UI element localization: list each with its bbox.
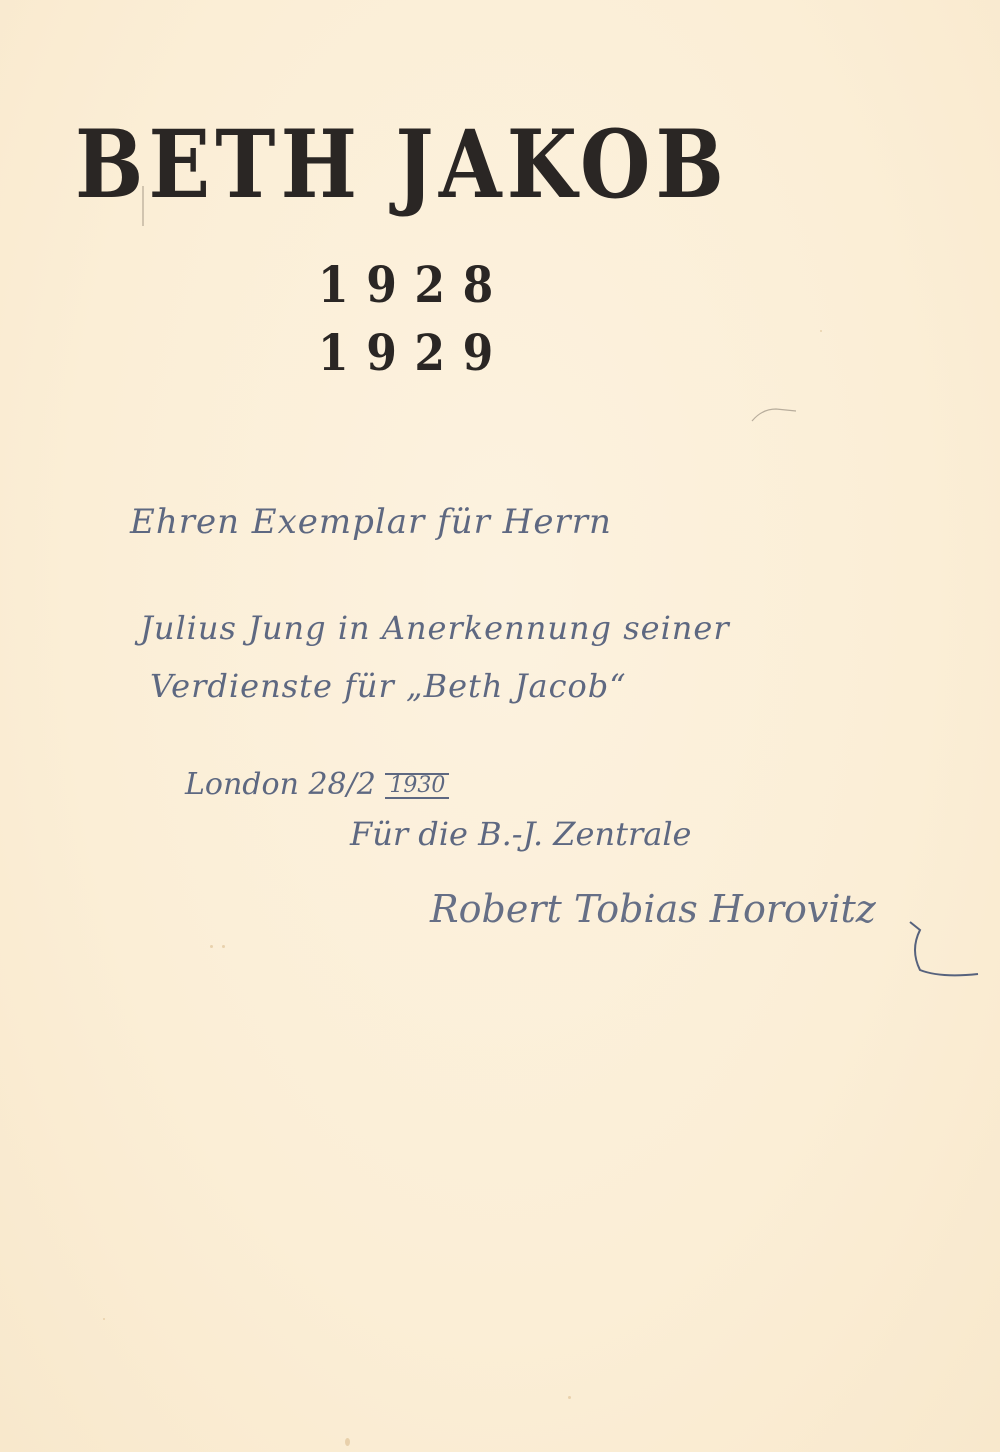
paper-speck <box>568 1396 571 1399</box>
inscription-year: 1930 <box>385 773 449 799</box>
year-start: 1928 <box>318 260 529 310</box>
year-end: 1929 <box>318 328 529 378</box>
book-title: BETH JAKOB <box>75 118 694 212</box>
inscription-line-2: Julius Jung in Anerkennung seiner <box>140 612 730 644</box>
pencil-smudge <box>750 405 800 425</box>
paper-speck <box>103 1318 105 1320</box>
inscription-place-date: London 28/2 1930 <box>185 770 449 800</box>
inscription-line-3: Verdienste für „Beth Jacob“ <box>150 670 627 702</box>
paper-speck <box>222 945 225 948</box>
inscription-for-line: Für die B.-J. Zentrale <box>350 818 691 850</box>
inscription-signature: Robert Tobias Horovitz <box>430 890 876 928</box>
inscription-place: London <box>185 767 299 802</box>
book-page: BETH JAKOB 1928 1929 Ehren Exemplar für … <box>0 0 1000 1452</box>
inscription-day-month: 28/2 <box>308 767 375 802</box>
inscription-line-1: Ehren Exemplar für Herrn <box>130 505 612 539</box>
signature-flourish <box>880 920 980 980</box>
paper-speck <box>210 945 213 948</box>
paper-speck <box>820 330 822 332</box>
paper-speck <box>345 1438 350 1446</box>
